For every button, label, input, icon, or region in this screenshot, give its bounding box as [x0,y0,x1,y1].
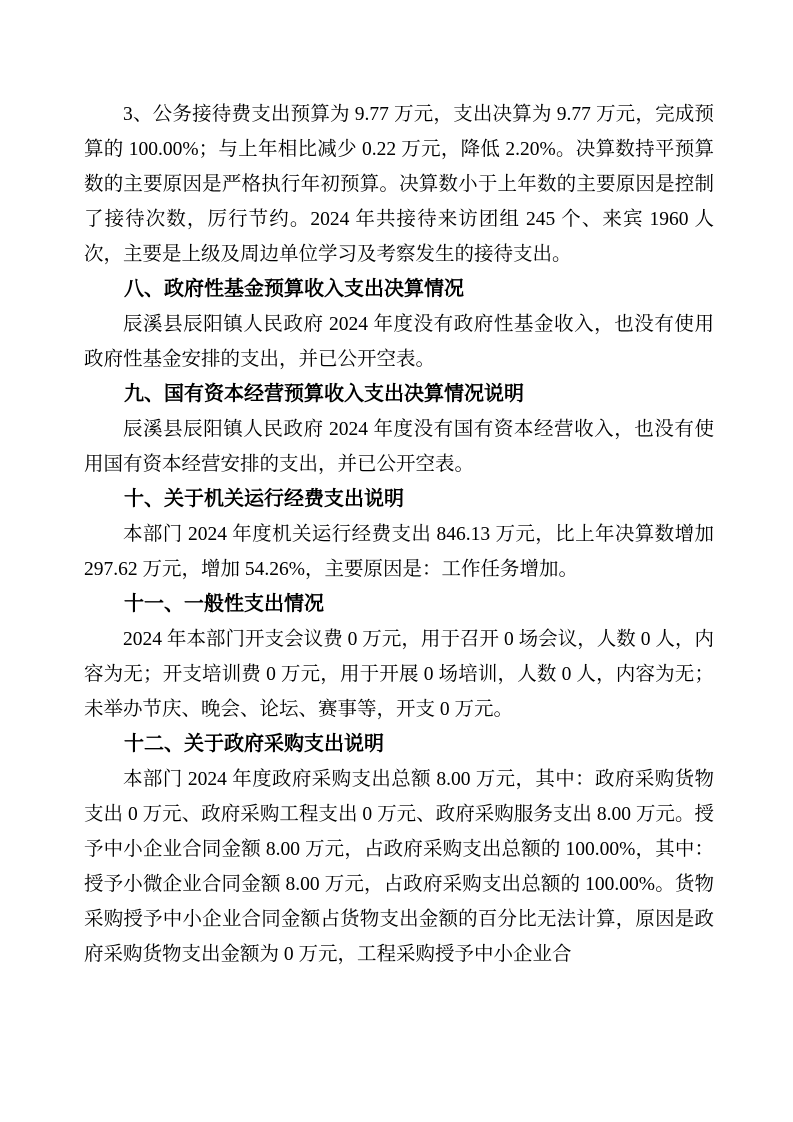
heading-section-10-operating-funds: 十、关于机关运行经费支出说明 [84,482,714,517]
paragraph-operating-funds: 本部门 2024 年度机关运行经费支出 846.13 万元，比上年决算数增加 2… [84,517,714,587]
paragraph-official-reception-expense: 3、公务接待费支出预算为 9.77 万元，支出决算为 9.77 万元，完成预算的… [84,97,714,272]
document-content: 3、公务接待费支出预算为 9.77 万元，支出决算为 9.77 万元，完成预算的… [84,97,714,972]
document-page: 3、公务接待费支出预算为 9.77 万元，支出决算为 9.77 万元，完成预算的… [0,0,793,1122]
paragraph-government-funds: 辰溪县辰阳镇人民政府 2024 年度没有政府性基金收入，也没有使用政府性基金安排… [84,307,714,377]
paragraph-government-procurement: 本部门 2024 年度政府采购支出总额 8.00 万元，其中：政府采购货物支出 … [84,762,714,972]
paragraph-general-expenditure: 2024 年本部门开支会议费 0 万元，用于召开 0 场会议，人数 0 人，内容… [84,622,714,727]
paragraph-state-capital: 辰溪县辰阳镇人民政府 2024 年度没有国有资本经营收入，也没有使用国有资本经营… [84,412,714,482]
heading-section-8-government-funds: 八、政府性基金预算收入支出决算情况 [84,272,714,307]
heading-section-9-state-capital: 九、国有资本经营预算收入支出决算情况说明 [84,377,714,412]
heading-section-12-government-procurement: 十二、关于政府采购支出说明 [84,727,714,762]
heading-section-11-general-expenditure: 十一、一般性支出情况 [84,587,714,622]
